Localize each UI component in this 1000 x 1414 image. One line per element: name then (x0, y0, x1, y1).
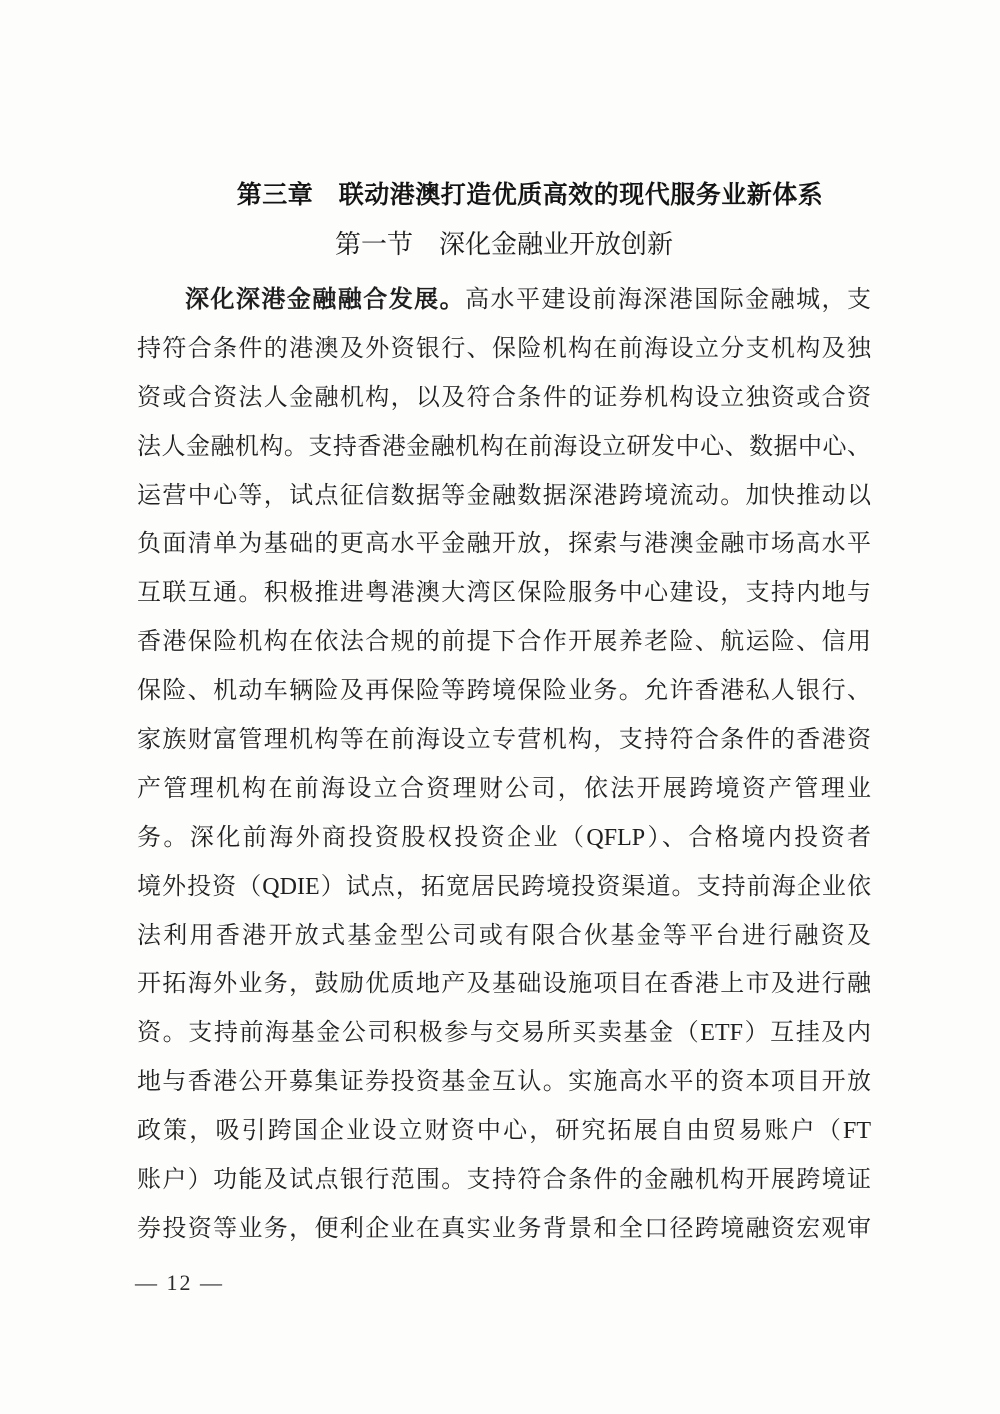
body-line: 家族财富管理机构等在前海设立专营机构，支持符合条件的香港资 (137, 716, 871, 765)
chapter-title: 第三章 联动港澳打造优质高效的现代服务业新体系 (0, 182, 1000, 210)
body-line: 券投资等业务，便利企业在真实业务背景和全口径跨境融资宏观审 (137, 1205, 871, 1254)
body-line: 政策，吸引跨国企业设立财资中心，研究拓展自由贸易账户（FT (137, 1107, 871, 1156)
body-line: 保险、机动车辆险及再保险等跨境保险业务。允许香港私人银行、 (137, 667, 871, 716)
body-line: 深化深港金融融合发展。高水平建设前海深港国际金融城，支 (137, 276, 871, 325)
body-line: 境外投资（QDIE）试点，拓宽居民跨境投资渠道。支持前海企业依 (137, 863, 871, 912)
body-line: 产管理机构在前海设立合资理财公司，依法开展跨境资产管理业 (137, 765, 871, 814)
section-title: 第一节 深化金融业开放创新 (137, 230, 871, 260)
body-line: 开拓海外业务，鼓励优质地产及基础设施项目在香港上市及进行融 (137, 960, 871, 1009)
body-line: 持符合条件的港澳及外资银行、保险机构在前海设立分支机构及独 (137, 325, 871, 374)
document-page: 第三章 联动港澳打造优质高效的现代服务业新体系 第一节 深化金融业开放创新 深化… (0, 0, 1000, 1414)
body-line: 资或合资法人金融机构，以及符合条件的证券机构设立独资或合资 (137, 374, 871, 423)
body-line: 资。支持前海基金公司积极参与交易所买卖基金（ETF）互挂及内 (137, 1009, 871, 1058)
body-line: 香港保险机构在依法合规的前提下合作开展养老险、航运险、信用 (137, 618, 871, 667)
body-line: 法利用香港开放式基金型公司或有限合伙基金等平台进行融资及 (137, 912, 871, 961)
body-line-text: 高水平建设前海深港国际金融城，支 (465, 287, 871, 313)
body-line: 务。深化前海外商投资股权投资企业（QFLP）、合格境内投资者 (137, 814, 871, 863)
body-paragraph: 深化深港金融融合发展。高水平建设前海深港国际金融城，支 持符合条件的港澳及外资银… (137, 276, 871, 1254)
body-line: 地与香港公开募集证券投资基金互认。实施高水平的资本项目开放 (137, 1058, 871, 1107)
body-line: 运营中心等，试点征信数据等金融数据深港跨境流动。加快推动以 (137, 472, 871, 521)
paragraph-lead-sentence: 深化深港金融融合发展。 (185, 287, 465, 313)
body-line: 账户）功能及试点银行范围。支持符合条件的金融机构开展跨境证 (137, 1156, 871, 1205)
body-line: 负面清单为基础的更高水平金融开放，探索与港澳金融市场高水平 (137, 520, 871, 569)
body-line: 互联互通。积极推进粤港澳大湾区保险服务中心建设，支持内地与 (137, 569, 871, 618)
page-number-footer: — 12 — (135, 1270, 224, 1296)
body-line: 法人金融机构。支持香港金融机构在前海设立研发中心、数据中心、 (137, 423, 871, 472)
